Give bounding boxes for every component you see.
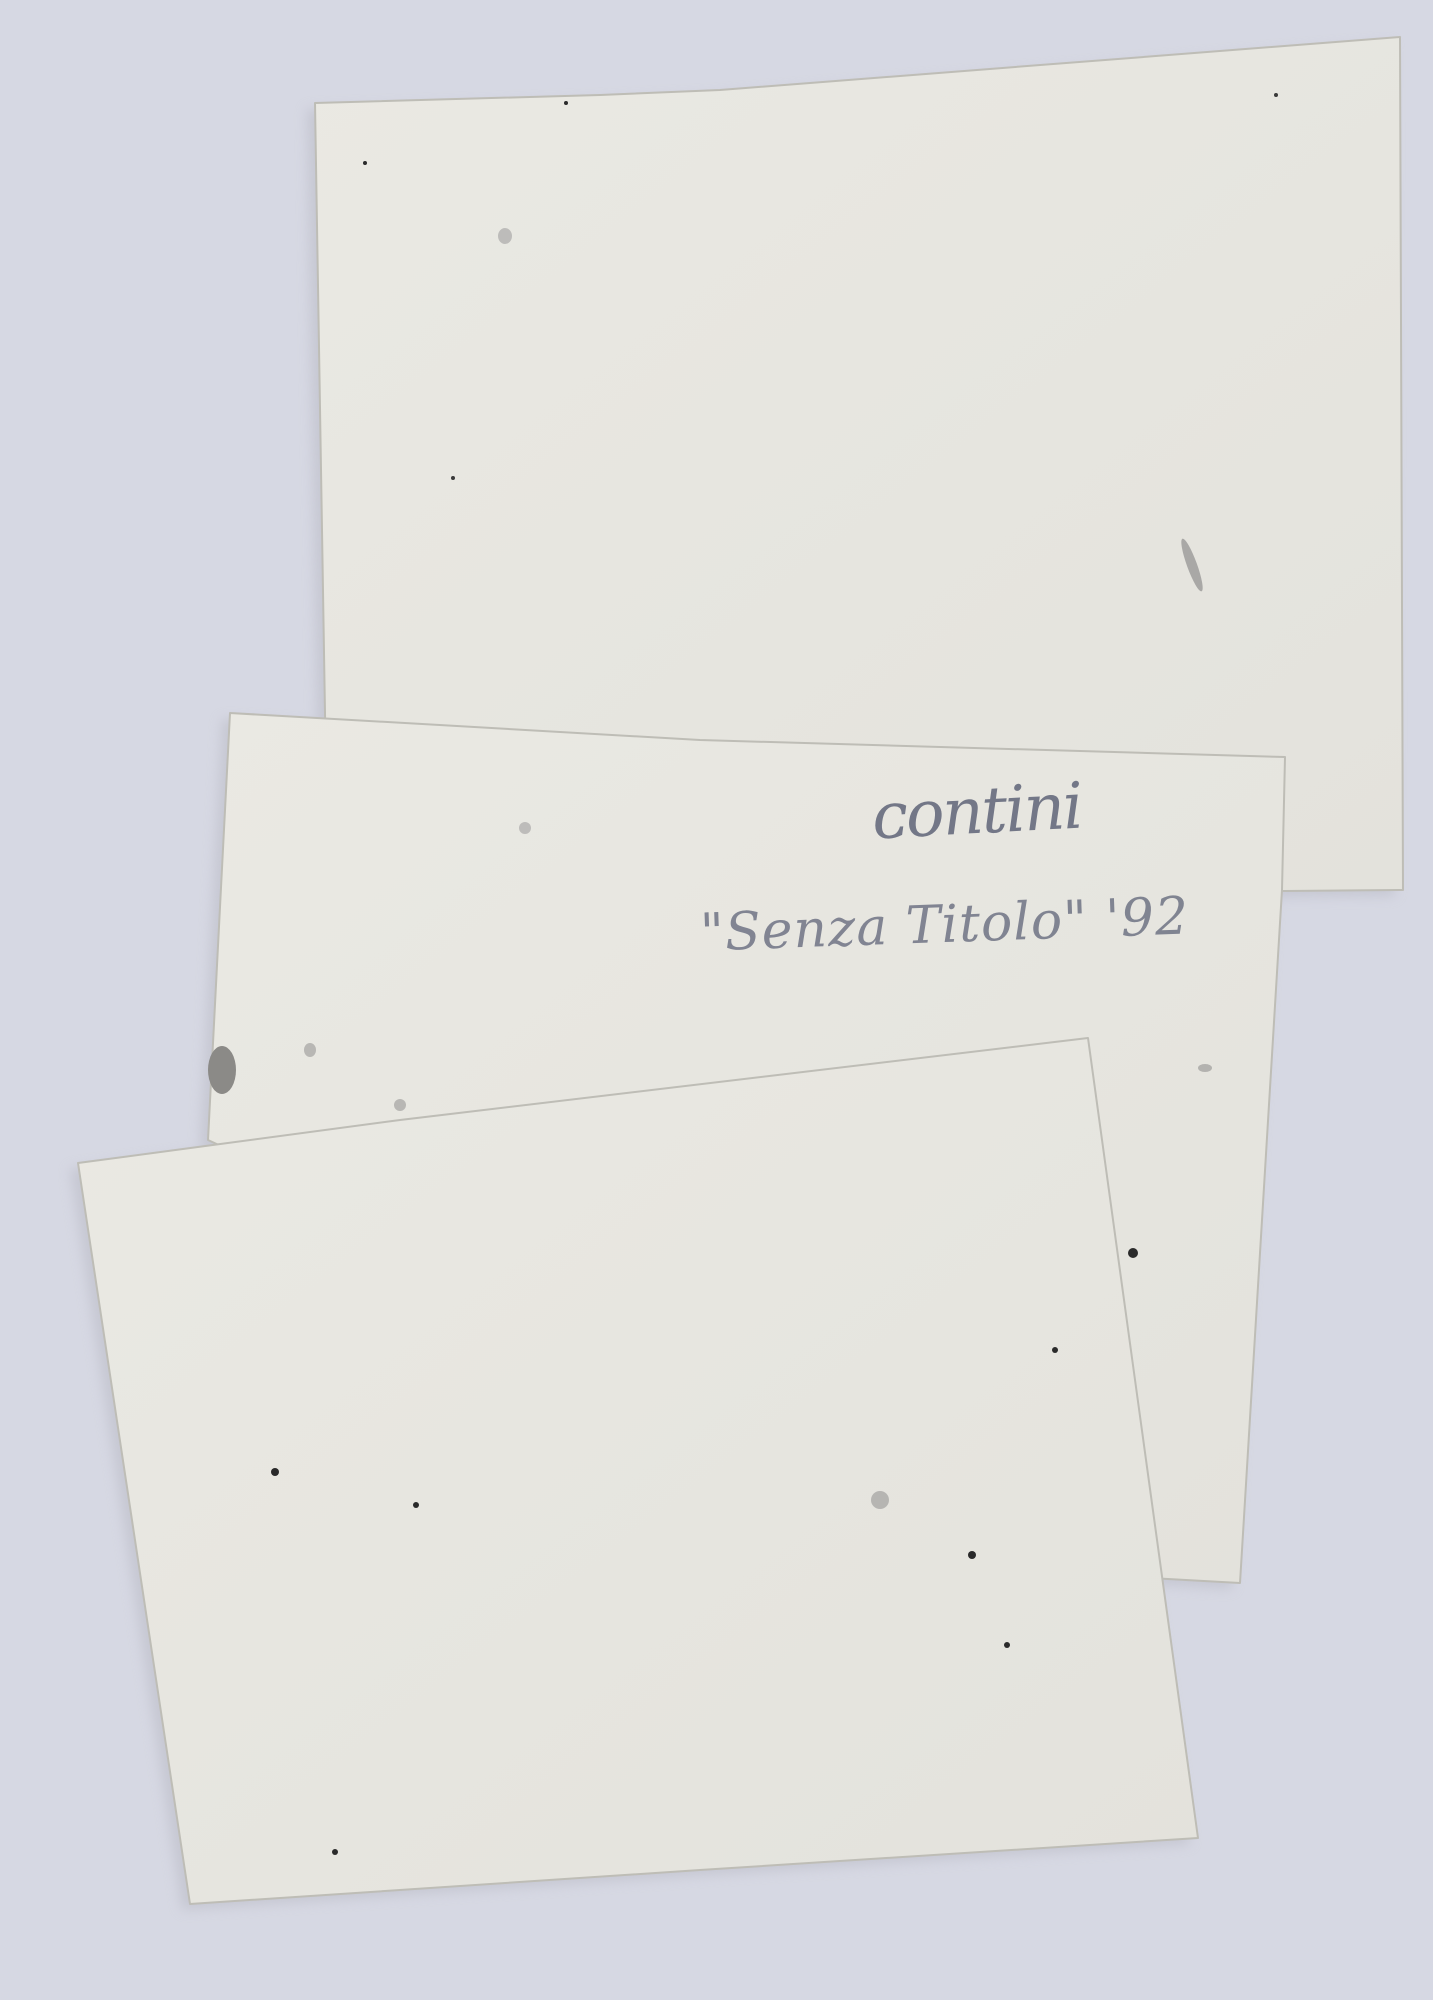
dark-spot-4 bbox=[968, 1551, 976, 1559]
dark-spot-2 bbox=[271, 1468, 279, 1476]
stain-left-edge bbox=[208, 1046, 236, 1094]
dark-spot-11 bbox=[451, 476, 455, 480]
grey-blot-2 bbox=[519, 822, 531, 834]
photo-stage: ᴄᴏntini "Senza Titolo" '92 bbox=[0, 0, 1433, 2000]
dark-spot-1 bbox=[1128, 1248, 1138, 1258]
bottom-sheet bbox=[78, 1038, 1198, 1904]
dark-spot-8 bbox=[363, 161, 367, 165]
grey-blot-3 bbox=[304, 1043, 316, 1057]
paper-artwork bbox=[0, 0, 1433, 2000]
grey-blot-5 bbox=[871, 1491, 889, 1509]
grey-blot-1 bbox=[498, 228, 512, 244]
paper-sheets bbox=[78, 37, 1403, 1904]
dark-spot-5 bbox=[1052, 1347, 1058, 1353]
dark-spot-6 bbox=[1004, 1642, 1010, 1648]
grey-blot-6 bbox=[1198, 1064, 1212, 1072]
dark-spot-9 bbox=[564, 101, 568, 105]
dark-spot-10 bbox=[1274, 93, 1278, 97]
dark-spot-7 bbox=[332, 1849, 338, 1855]
grey-blot-4 bbox=[394, 1099, 406, 1111]
dark-spot-3 bbox=[413, 1502, 419, 1508]
